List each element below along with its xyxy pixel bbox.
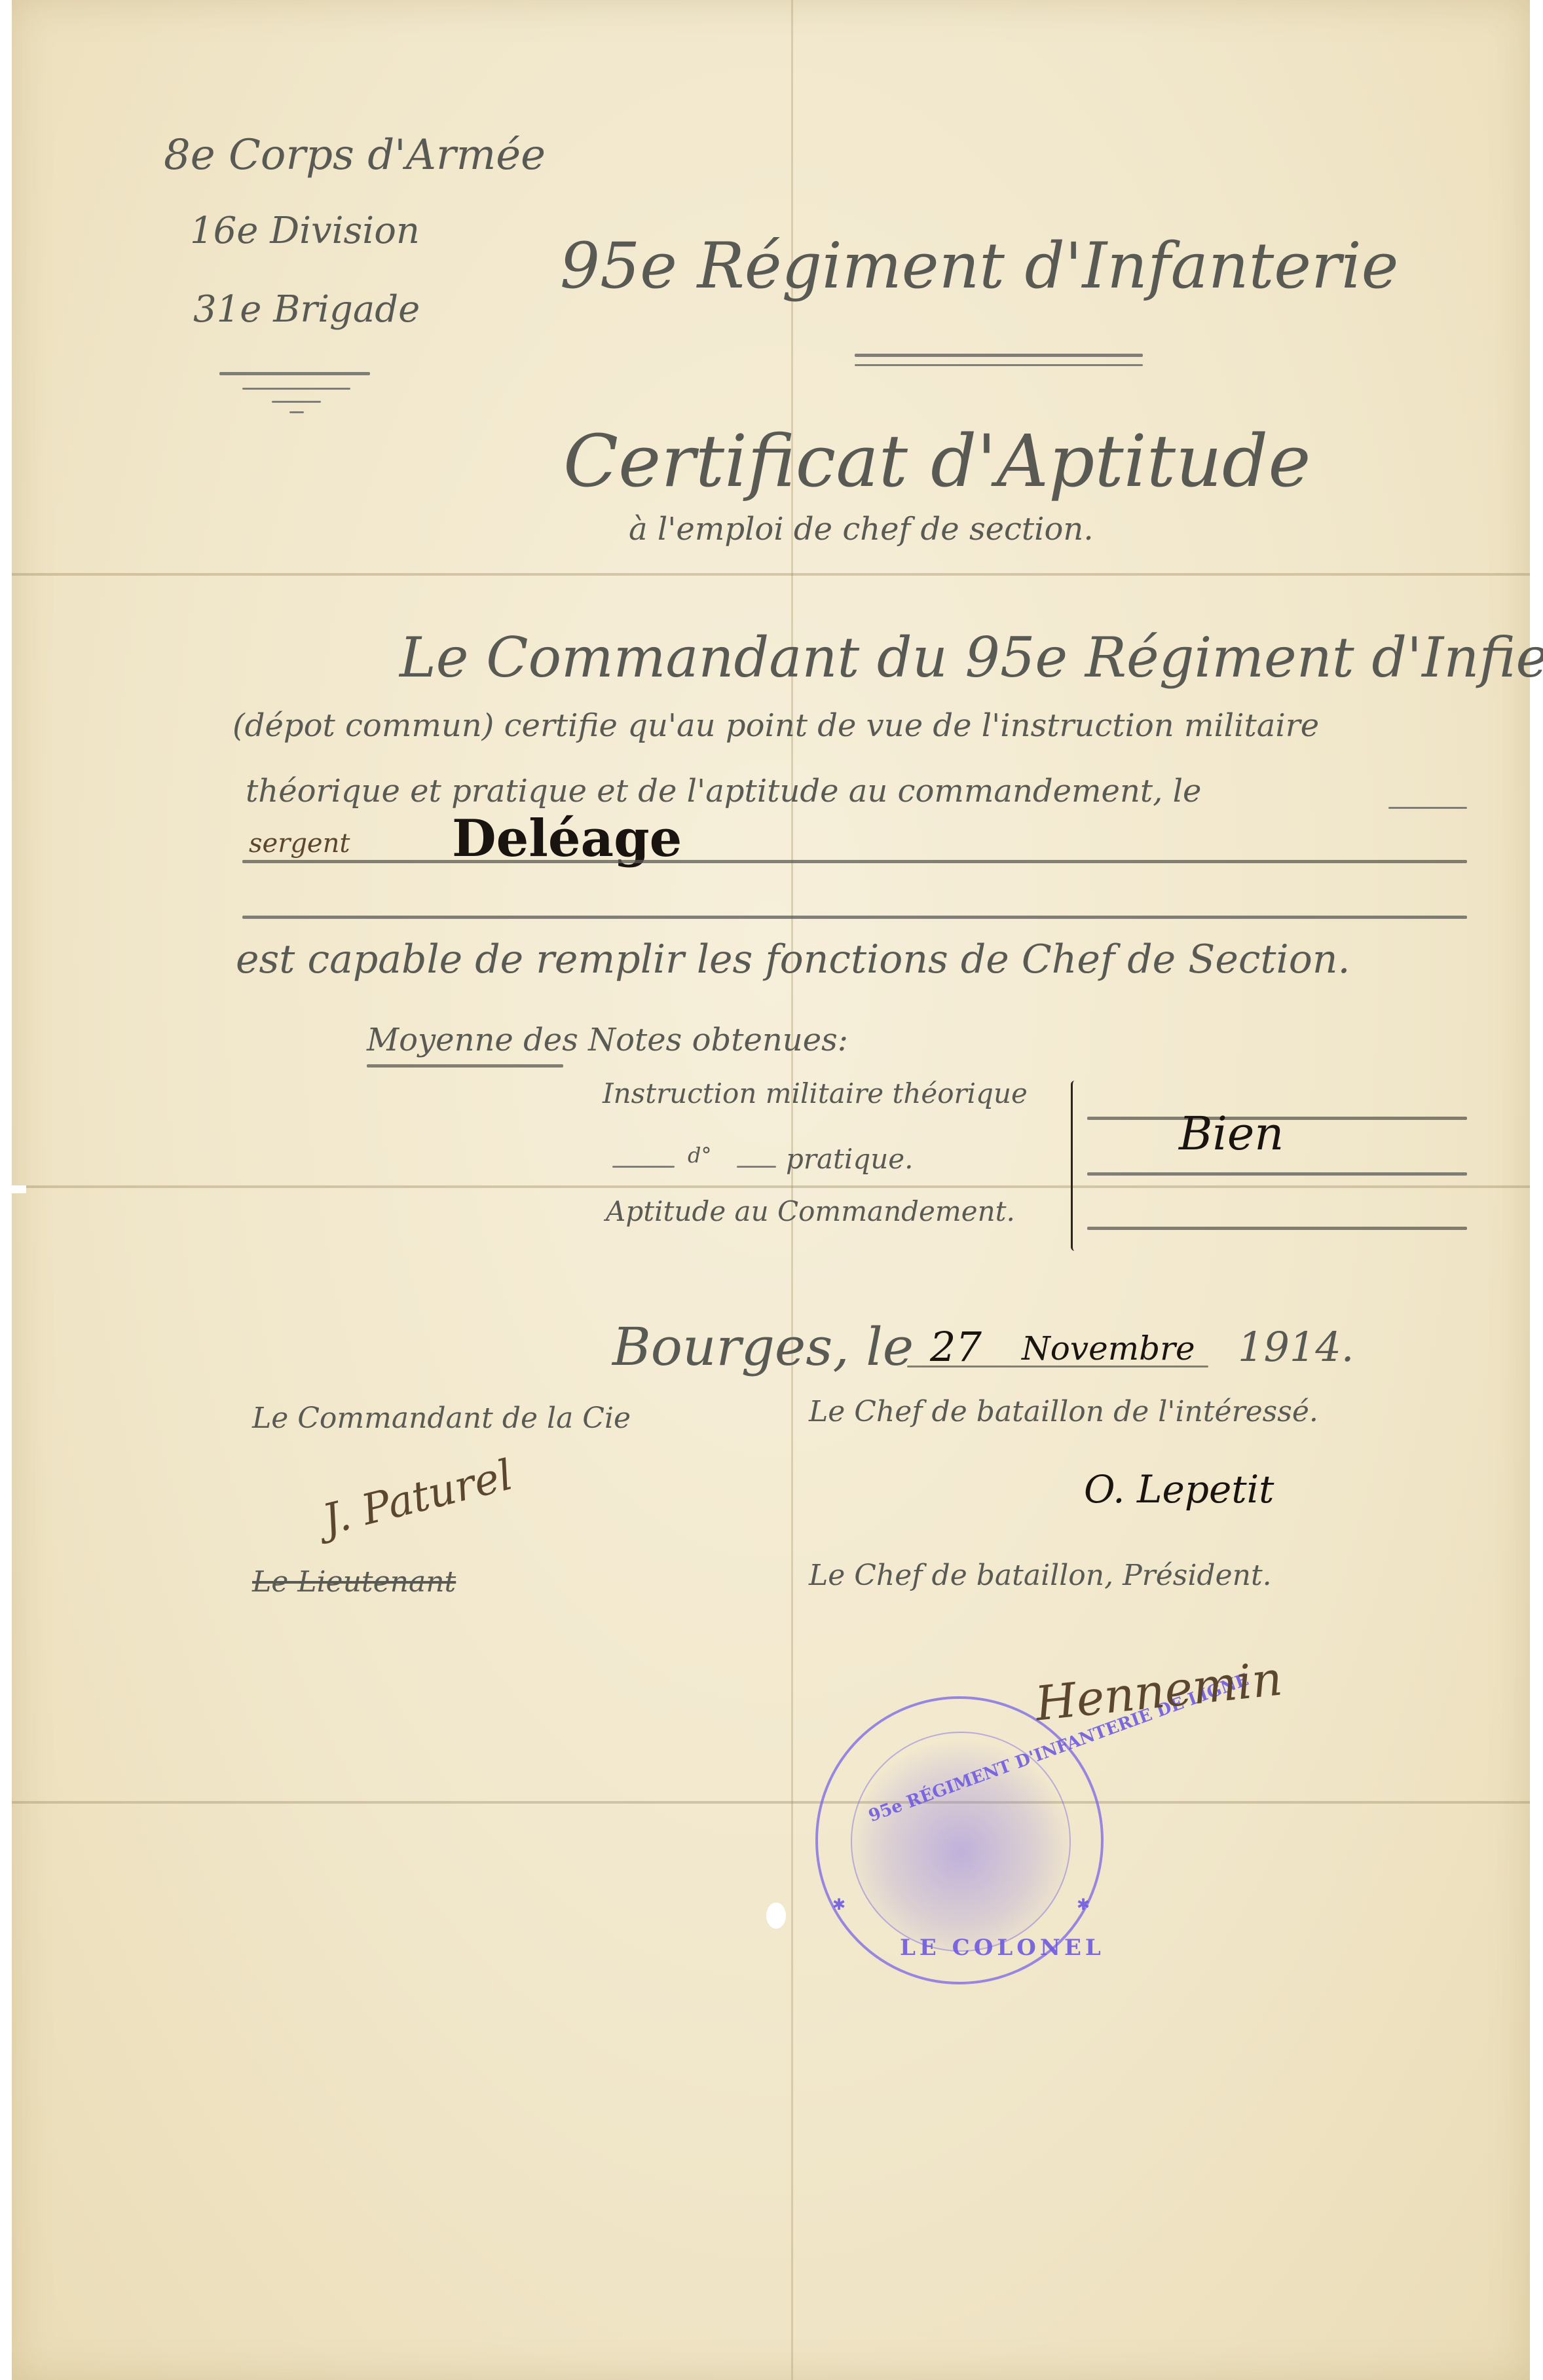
grade-value: Bien: [1179, 1107, 1284, 1161]
grades-heading: Moyenne des Notes obtenues:: [367, 1022, 848, 1058]
date-day: 27: [930, 1323, 982, 1371]
president-label: Le Chef de bataillon, Président.: [809, 1559, 1272, 1592]
lieutenant-label: Le Lieutenant: [252, 1565, 456, 1599]
ditto-dash: [737, 1166, 776, 1168]
vertical-fold-line: [791, 0, 793, 2380]
capability-statement: est capable de remplir les fonctions de …: [236, 937, 1350, 982]
header-ornament-rule: [219, 372, 370, 375]
stamp-bottom-text: LE COLONEL: [900, 1935, 1105, 1961]
regimental-stamp: 95e RÉGIMENT D'INFANTERIE DE LIGNE ✱ ✱ L…: [815, 1696, 1104, 1984]
horizontal-fold-line: [12, 1801, 1530, 1804]
paper-tear: [766, 1903, 786, 1929]
name-fill-line-2: [242, 916, 1467, 919]
rank-value: sergent: [249, 828, 350, 859]
document-paper: [12, 0, 1530, 2380]
star-icon: ✱: [1077, 1895, 1090, 1914]
grade-row-ditto: d°: [688, 1143, 711, 1168]
date-fill-line: [907, 1366, 1208, 1367]
place-label: Bourges, le: [612, 1316, 914, 1377]
brigade-label: 31e Brigade: [193, 288, 420, 331]
header-ornament-rule: [272, 401, 321, 403]
corps-label: 8e Corps d'Armée: [164, 131, 546, 179]
regiment-title: 95e Régiment d'Infanterie: [560, 229, 1398, 303]
grade-row-command: Aptitude au Commandement.: [606, 1195, 1015, 1227]
grades-brace: [1071, 1081, 1082, 1251]
body-line-3: théorique et pratique et de l'aptitude a…: [246, 773, 1201, 809]
header-ornament-rule: [242, 388, 350, 390]
title-double-rule: [855, 364, 1143, 366]
date-year: 1914.: [1238, 1323, 1354, 1371]
grade-row-theory: Instruction militaire théorique: [603, 1077, 1028, 1109]
horizontal-fold-line: [12, 1185, 1530, 1188]
body-line-1: Le Commandant du 95e Régiment d'Infie: [400, 625, 1543, 690]
body-line-2: (dépot commun) certifie qu'au point de v…: [232, 707, 1319, 744]
grade-row-practice: pratique.: [786, 1143, 913, 1175]
ditto-dash: [612, 1166, 675, 1168]
certificate-title: Certificat d'Aptitude: [563, 419, 1311, 503]
grade-fill-line: [1087, 1172, 1467, 1176]
header-ornament-rule: [289, 411, 304, 413]
paper-tear: [0, 1185, 26, 1193]
title-double-rule: [855, 354, 1143, 357]
grades-heading-underline: [367, 1064, 563, 1068]
battalion-chief-signature: O. Lepetit: [1084, 1467, 1274, 1512]
star-icon: ✱: [832, 1895, 846, 1914]
fill-line: [1388, 807, 1467, 809]
company-commander-label: Le Commandant de la Cie: [252, 1402, 631, 1435]
horizontal-fold-line: [12, 573, 1530, 576]
date-month: Novembre: [1022, 1329, 1195, 1367]
grade-fill-line: [1087, 1227, 1467, 1230]
division-label: 16e Division: [190, 210, 420, 252]
name-fill-line: [242, 860, 1467, 863]
battalion-chief-label: Le Chef de bataillon de l'intéressé.: [809, 1395, 1318, 1428]
certificate-subtitle: à l'emploi de chef de section.: [629, 511, 1094, 548]
